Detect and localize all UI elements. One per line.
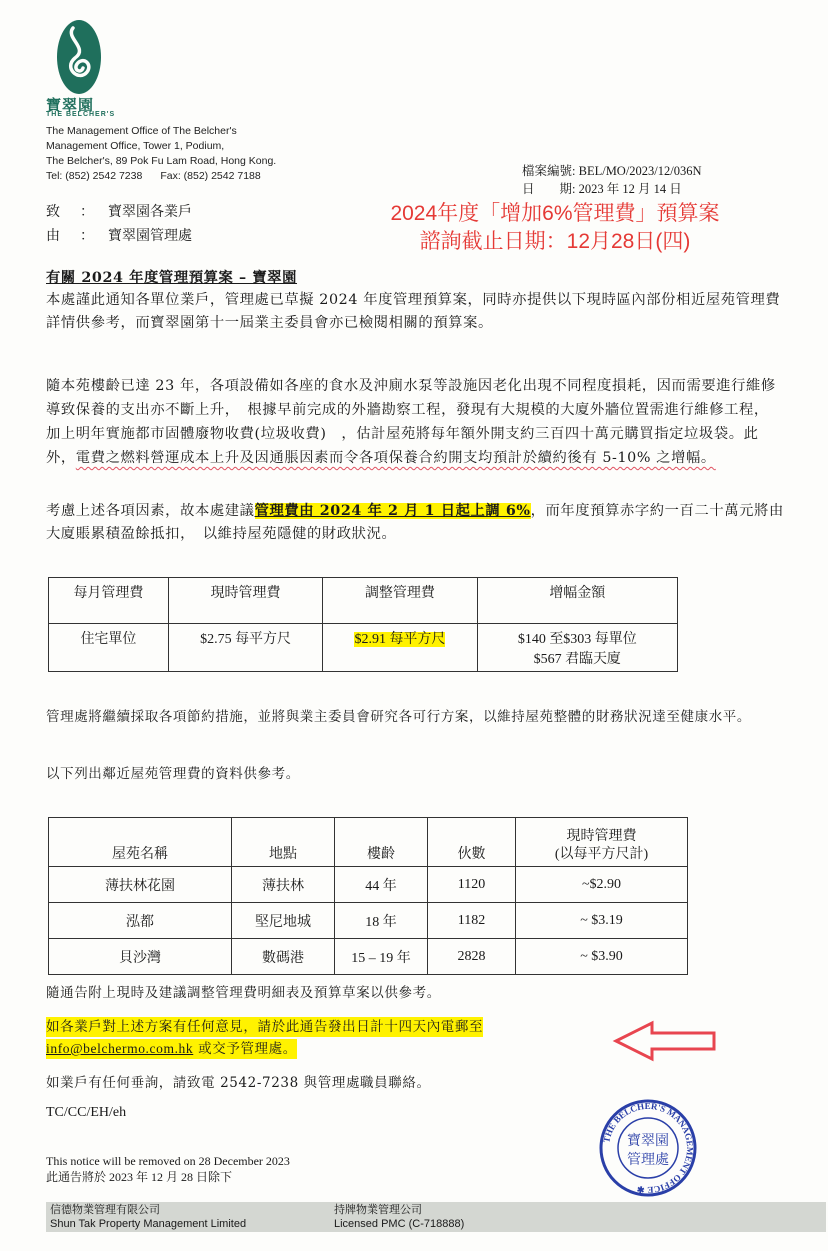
table-cell: 薄扶林 xyxy=(232,867,335,903)
column-header: 樓齡 xyxy=(335,818,428,867)
paragraph-enquiry: 如業戶有任何垂詢，請致電 2542-7238 與管理處職員聯絡。 xyxy=(46,1072,786,1095)
address-line: The Belcher's, 89 Pok Fu Lam Road, Hong … xyxy=(46,154,276,169)
column-header: 調整管理費 xyxy=(323,578,477,624)
table-cell: 堅尼地城 xyxy=(232,903,335,939)
table-header-row: 每月管理費 現時管理費 調整管理費 增幅金額 xyxy=(49,578,678,624)
contact-line: Tel: (852) 2542 7238Fax: (852) 2542 7188 xyxy=(46,169,276,184)
table-cell: 泓都 xyxy=(49,903,232,939)
date-value: 2023 年 12 月 14 日 xyxy=(579,182,682,196)
table-cell: $140 至$303 每單位 $567 君臨天廈 xyxy=(477,624,677,672)
table-row: 泓都 堅尼地城 18 年 1182 ~ $3.19 xyxy=(49,903,688,939)
addressing-block: 致：寶翠園各業戶 由：寶翠園管理處 xyxy=(46,200,192,248)
tel: Tel: (852) 2542 7238 xyxy=(46,170,142,182)
table-cell: $2.75 每平方尺 xyxy=(168,624,322,672)
table-cell: 18 年 xyxy=(335,903,428,939)
table-cell: 數碼港 xyxy=(232,939,335,975)
to-value: 寶翠園各業戶 xyxy=(108,204,192,220)
management-office-stamp-icon: THE BELCHER'S MANAGEMENT OFFICE ✱ 寶翠園 管理… xyxy=(598,1098,698,1198)
subject-heading: 有關 2024 年度管理預算案 – 寶翠園 xyxy=(46,267,786,290)
letterhead-address: The Management Office of The Belcher's M… xyxy=(46,124,276,184)
table-cell: 貝沙灣 xyxy=(49,939,232,975)
from-value: 寶翠園管理處 xyxy=(108,228,192,244)
paragraph-feedback: 如各業戶對上述方案有任何意見，請於此通告發出日計十四天內電郵至 info@bel… xyxy=(46,1016,606,1060)
paragraph-intro: 本處謹此通知各單位業戶，管理處已草擬 2024 年度管理預算案，同時亦提供以下現… xyxy=(46,289,786,335)
from-label: 由 xyxy=(46,224,80,248)
column-header: 伙數 xyxy=(428,818,516,867)
paragraph-reasons: 隨本苑樓齡已達 23 年，各項設備如各座的食水及沖廁水泵等設施因老化出現不同程度… xyxy=(46,374,786,470)
red-annotation-title: 2024年度「增加6%管理費」預算案 諮詢截止日期：12月28日(四) xyxy=(340,200,770,256)
footer-license: 持牌物業管理公司 Licensed PMC (C-718888) xyxy=(334,1203,464,1231)
table-cell: 15 – 19 年 xyxy=(335,939,428,975)
column-header: 現時管理費 (以每平方尺計) xyxy=(516,818,688,867)
address-line: Management Office, Tower 1, Podium, xyxy=(46,139,276,154)
table-cell: 44 年 xyxy=(335,867,428,903)
to-label: 致 xyxy=(46,200,80,224)
column-header: 地點 xyxy=(232,818,335,867)
table-cell: 2828 xyxy=(428,939,516,975)
reference-block: 檔案編號: BEL/MO/2023/12/036N 日 期: 2023 年 12… xyxy=(522,162,702,198)
table-cell: ~$2.90 xyxy=(516,867,688,903)
ref-label: 檔案編號: xyxy=(522,164,575,178)
column-header: 屋苑名稱 xyxy=(49,818,232,867)
table-cell: 住宅單位 xyxy=(49,624,169,672)
belchers-logo-icon xyxy=(55,18,103,96)
table-row: 住宅單位 $2.75 每平方尺 $2.91 每平方尺 $140 至$303 每單… xyxy=(49,624,678,672)
footer-company: 信德物業管理有限公司 Shun Tak Property Management … xyxy=(50,1203,246,1231)
table-cell: 1182 xyxy=(428,903,516,939)
reference-initials: TC/CC/EH/eh xyxy=(46,1105,126,1121)
fee-table: 每月管理費 現時管理費 調整管理費 增幅金額 住宅單位 $2.75 每平方尺 $… xyxy=(48,577,678,672)
email-link[interactable]: info@belchermo.com.hk xyxy=(46,1041,193,1056)
table-row: 貝沙灣 數碼港 15 – 19 年 2828 ~ $3.90 xyxy=(49,939,688,975)
removal-notice: This notice will be removed on 28 Decemb… xyxy=(46,1153,290,1185)
svg-text:管理處: 管理處 xyxy=(627,1151,669,1168)
column-header: 現時管理費 xyxy=(168,578,322,624)
paragraph-reference-intro: 以下列出鄰近屋苑管理費的資料供參考。 xyxy=(46,763,786,786)
paragraph-proposal: 考慮上述各項因素，故本處建議管理費由 2024 年 2 月 1 日起上調 6%，… xyxy=(46,500,786,546)
table-cell: 1120 xyxy=(428,867,516,903)
address-line: The Management Office of The Belcher's xyxy=(46,124,276,139)
fax: Fax: (852) 2542 7188 xyxy=(160,170,260,182)
column-header: 每月管理費 xyxy=(49,578,169,624)
wavy-underlined-text: 電費之燃料營運成本上升及因通脹因素而令各項保養合約開支均預計於續約後有 5-10… xyxy=(76,450,716,466)
date-label: 日 期: xyxy=(522,182,575,196)
table-cell: ~ $3.19 xyxy=(516,903,688,939)
column-header: 增幅金額 xyxy=(477,578,677,624)
paragraph-measures: 管理處將繼續採取各項節約措施，並將與業主委員會研究各可行方案，以維持屋苑整體的財… xyxy=(46,706,786,729)
highlighted-new-fee: $2.91 每平方尺 xyxy=(354,632,445,647)
table-header-row: 屋苑名稱 地點 樓齡 伙數 現時管理費 (以每平方尺計) xyxy=(49,818,688,867)
paragraph-attachment: 隨通告附上現時及建議調整管理費明細表及預算草案以供參考。 xyxy=(46,982,786,1005)
table-cell: $2.91 每平方尺 xyxy=(323,624,477,672)
highlighted-fee-increase: 管理費由 2024 年 2 月 1 日起上調 6% xyxy=(255,503,531,519)
ref-number: BEL/MO/2023/12/036N xyxy=(579,164,702,178)
table-cell: ~ $3.90 xyxy=(516,939,688,975)
red-arrow-left-icon xyxy=(612,1020,720,1062)
logo-english-name: THE BELCHER'S xyxy=(46,111,115,118)
table-row: 薄扶林花園 薄扶林 44 年 1120 ~$2.90 xyxy=(49,867,688,903)
svg-text:寶翠園: 寶翠園 xyxy=(627,1133,669,1149)
table-cell: 薄扶林花園 xyxy=(49,867,232,903)
nearby-estates-table: 屋苑名稱 地點 樓齡 伙數 現時管理費 (以每平方尺計) 薄扶林花園 薄扶林 4… xyxy=(48,817,688,975)
